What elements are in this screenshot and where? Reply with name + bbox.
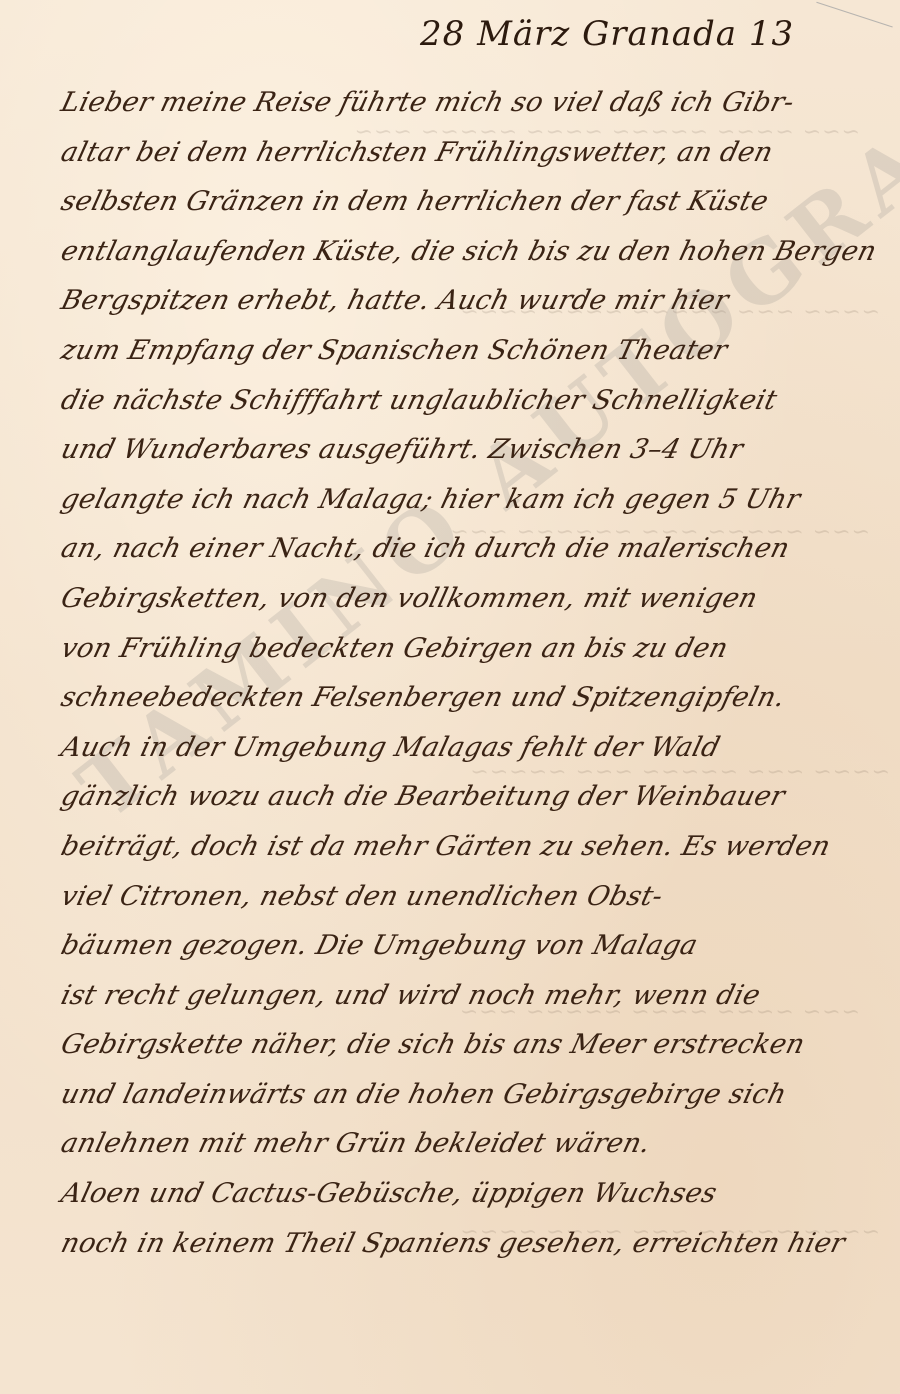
letter-line: gänzlich wozu auch die Bearbeitung der W… xyxy=(58,762,900,812)
letter-body: Lieber meine Reise führte mich so viel d… xyxy=(58,68,888,1258)
letter-page: ~~~ ~~~~ ~~~~~ ~~~~ ~~~~~ ~~~ ~~~~ ~~~ ~… xyxy=(0,0,900,1394)
letter-date-header: 28 März Granada 13 xyxy=(420,14,794,54)
letter-line: an, nach einer Nacht, die ich durch die … xyxy=(58,514,900,564)
letter-line: zum Empfang der Spanischen Schönen Theat… xyxy=(58,316,900,366)
letter-line: von Frühling bedeckten Gebirgen an bis z… xyxy=(58,614,900,664)
letter-line: selbsten Gränzen in dem herrlichen der f… xyxy=(58,167,900,217)
letter-line: anlehnen mit mehr Grün bekleidet wären. xyxy=(58,1109,900,1159)
letter-line: Auch in der Umgebung Malagas fehlt der W… xyxy=(58,713,900,763)
letter-line: ist recht gelungen, und wird noch mehr, … xyxy=(58,961,900,1011)
letter-line: noch in keinem Theil Spaniens gesehen, e… xyxy=(58,1209,900,1259)
letter-line: Gebirgsketten, von den vollkommen, mit w… xyxy=(58,564,900,614)
page-corner-fold xyxy=(816,0,900,27)
letter-line: beiträgt, doch ist da mehr Gärten zu seh… xyxy=(58,812,900,862)
letter-line: bäumen gezogen. Die Umgebung von Malaga xyxy=(58,911,900,961)
letter-line: die nächste Schifffahrt unglaublicher Sc… xyxy=(58,366,900,416)
letter-line: altar bei dem herrlichsten Frühlingswett… xyxy=(58,118,900,168)
letter-line: und Wunderbares ausgeführt. Zwischen 3–4… xyxy=(58,415,900,465)
letter-line: entlanglaufenden Küste, die sich bis zu … xyxy=(58,217,900,267)
letter-line: Aloen und Cactus-Gebüsche, üppigen Wuchs… xyxy=(58,1159,900,1209)
letter-line: Gebirgskette näher, die sich bis ans Mee… xyxy=(58,1010,900,1060)
letter-line: Lieber meine Reise führte mich so viel d… xyxy=(58,68,900,118)
letter-line: Bergspitzen erhebt, hatte. Auch wurde mi… xyxy=(58,266,900,316)
letter-line: und landeinwärts an die hohen Gebirgsgeb… xyxy=(58,1060,900,1110)
letter-line: viel Citronen, nebst den unendlichen Obs… xyxy=(58,862,900,912)
letter-line: gelangte ich nach Malaga; hier kam ich g… xyxy=(58,465,900,515)
letter-line: schneebedeckten Felsenbergen und Spitzen… xyxy=(58,663,900,713)
